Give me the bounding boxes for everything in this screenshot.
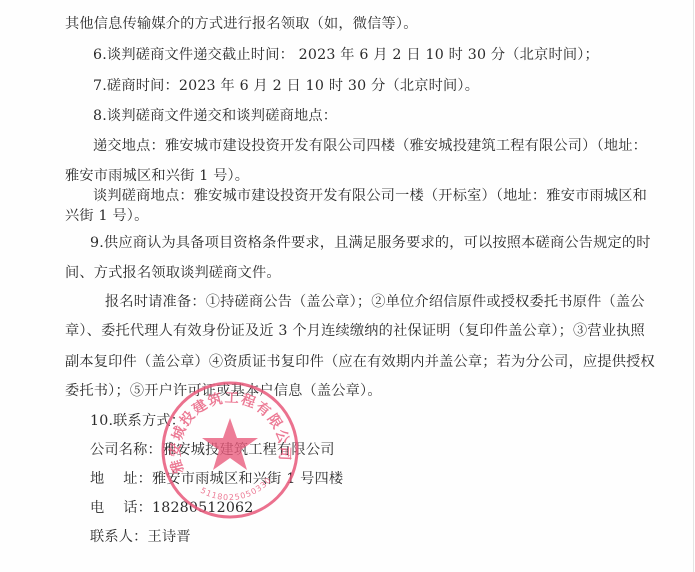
submit-location-line-2: 雅安市雨城区和兴街 1 号）。 bbox=[65, 167, 249, 185]
item-7-negotiation-time: 7.磋商时间：2023 年 6 月 2 日 10 时 30 分（北京时间）。 bbox=[93, 77, 479, 95]
submit-location-line-1: 递交地点：雅安城市建设投资开发有限公司四楼（雅安城投建筑工程有限公司）（地址： bbox=[93, 137, 647, 155]
registration-prep-line-1: 报名时请准备：①持磋商公告（盖公章）；②单位介绍信原件或授权委托书原件（盖公 bbox=[105, 293, 645, 311]
item-6-deadline: 6.谈判磋商文件递交截止时间： 2023 年 6 月 2 日 10 时 30 分… bbox=[93, 46, 599, 64]
item-8-location-heading: 8.谈判磋商文件递交和谈判磋商地点： bbox=[93, 107, 337, 125]
item-10-contact-heading: 10.联系方式： bbox=[90, 412, 185, 430]
page-edge-divider bbox=[693, 0, 694, 572]
registration-prep-line-3: 副本复印件（盖公章）④资质证书复印件（应在有效期内并盖公章；若为分公司，应提供授… bbox=[65, 353, 655, 371]
negotiate-location-line-2: 兴街 1 号）。 bbox=[65, 207, 148, 225]
text-line-media: 其他信息传输媒介的方式进行报名领取（如，微信等）。 bbox=[65, 15, 418, 33]
document-page: 其他信息传输媒介的方式进行报名领取（如，微信等）。 6.谈判磋商文件递交截止时间… bbox=[0, 0, 695, 572]
item-9-line-1: 9.供应商认为具备项目资格条件要求，且满足服务要求的，可以按照本磋商公告规定的时 bbox=[90, 234, 651, 252]
contact-company-name: 公司名称：雅安城投建筑工程有限公司 bbox=[90, 441, 335, 459]
contact-person: 联系人：王诗晋 bbox=[90, 528, 191, 546]
item-9-line-2: 间、方式报名领取谈判磋商文件。 bbox=[65, 264, 281, 282]
svg-text:雅安城投建筑工程有限公司: 雅安城投建筑工程有限公司 bbox=[167, 390, 294, 476]
registration-prep-line-2: 章）、委托代理人有效身份证及近 3 个月连续缴纳的社保证明（复印件盖公章）；③营… bbox=[65, 322, 645, 340]
negotiate-location-line-1: 谈判磋商地点：雅安城市建设投资开发有限公司一楼（开标室）（地址：雅安市雨城区和 bbox=[93, 187, 647, 205]
contact-address: 地 址：雅安市雨城区和兴街 1 号四楼 bbox=[90, 470, 343, 488]
contact-phone: 电 话：18280512062 bbox=[90, 499, 254, 517]
registration-prep-line-4: 委托书）；⑤开户许可证或基本户信息（盖公章）。 bbox=[65, 382, 382, 400]
